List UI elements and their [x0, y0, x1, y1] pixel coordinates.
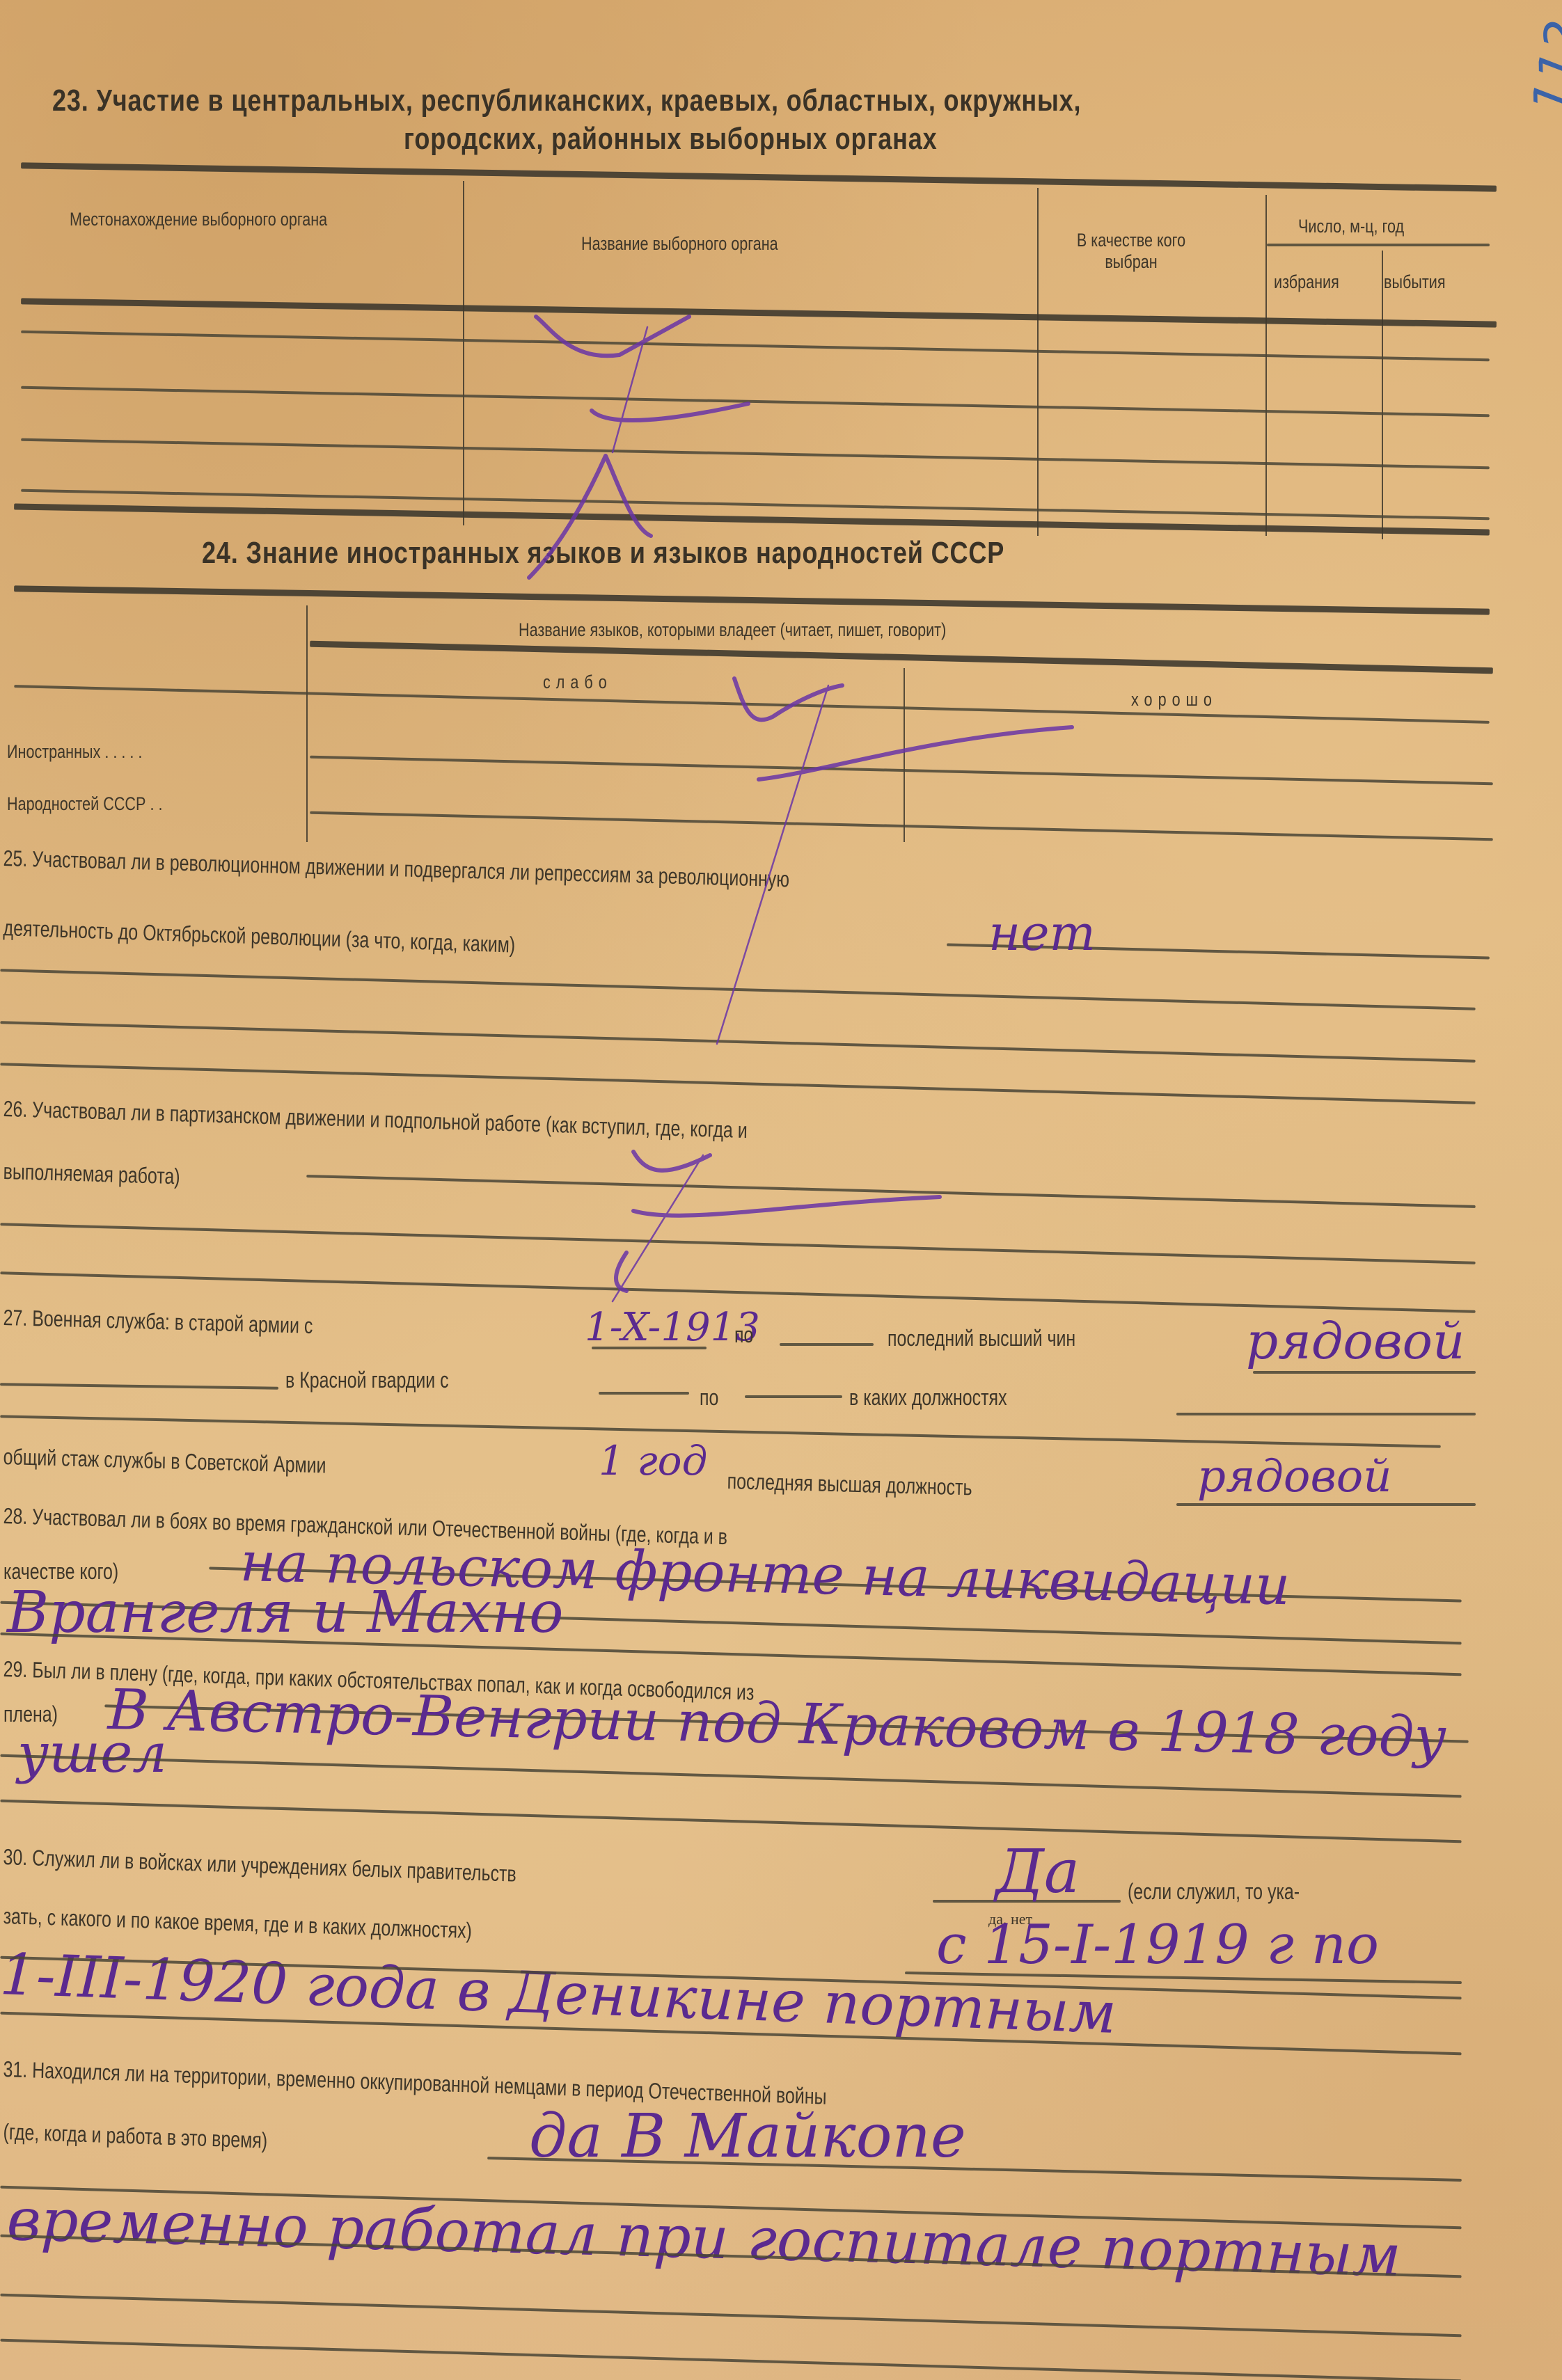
- last-position-label: последняя высшая должность: [727, 1468, 972, 1500]
- section-29-answer: В Австро-Венгрии под Краковом в 1918 год…: [107, 1677, 1447, 1770]
- section-30-label-end: (если служил, то ука-: [1128, 1879, 1300, 1905]
- column-header-elected: избрания: [1274, 271, 1339, 293]
- section-27-label: 27. Военная служба: в старой армии с: [3, 1305, 313, 1339]
- section-26-label-line2: выполняемая работа): [3, 1159, 180, 1189]
- section-23-title-line2: городских, районных выборных органах: [404, 122, 938, 157]
- section-25-label: 25. Участвовал ли в революционном движен…: [3, 846, 789, 892]
- last-position-value: рядовой: [1197, 1451, 1391, 1502]
- column-header-location: Местонахождение выборного органа: [70, 209, 327, 230]
- languages-header: Название языков, которыми владеет (читае…: [519, 619, 946, 641]
- column-header-name: Название выборного органа: [581, 233, 778, 255]
- positions-label: в каких должностях: [849, 1385, 1007, 1411]
- section-25-answer: нет: [988, 905, 1096, 962]
- soviet-service-value: 1 год: [599, 1437, 707, 1484]
- soviet-service-label: общий стаж службы в Советской Армии: [3, 1444, 326, 1478]
- red-guard-to-label: по: [700, 1385, 718, 1411]
- section-25-label-line2: деятельность до Октябрьской революции (з…: [3, 915, 515, 958]
- section-30-answer: с 15-I-1919 г по: [936, 1914, 1379, 1976]
- page-number-mark: 112: [1521, 16, 1562, 118]
- last-rank-value: рядовой: [1246, 1312, 1465, 1370]
- column-header-capacity: В качестве кого выбран: [1062, 230, 1201, 273]
- column-header-left: выбытия: [1384, 271, 1446, 293]
- section-26-label: 26. Участвовал ли в партизанском движени…: [3, 1096, 748, 1143]
- section-31-answer-line2: временно работал при госпитале портным: [6, 2185, 1402, 2290]
- level-weak: слабо: [543, 672, 613, 693]
- section-24-title: 24. Знание иностранных языков и языков н…: [202, 536, 1004, 571]
- level-good: хорошо: [1131, 689, 1217, 711]
- to-label: по: [734, 1322, 753, 1348]
- section-23-title: 23. Участие в центральных, республиканск…: [52, 84, 1081, 118]
- section-30-yes-no: Да: [995, 1837, 1080, 1907]
- row-foreign: Иностранных . . . . .: [7, 741, 142, 763]
- red-guard-label: в Красной гвардии с: [285, 1367, 449, 1393]
- column-header-date: Число, м-ц, год: [1298, 216, 1404, 237]
- section-30-label: 30. Служил ли в войсках или учреждениях …: [3, 1844, 516, 1887]
- section-31-answer: да В Майкопе: [529, 2102, 966, 2171]
- section-30-label-line2: зать, с какого и по какое время, где и в…: [3, 1903, 472, 1944]
- last-rank-label: последний высший чин: [887, 1326, 1075, 1351]
- row-ussr-peoples: Народностей СССР . .: [7, 793, 162, 815]
- section-31-label-line2: (где, когда и работа в это время): [3, 2119, 267, 2154]
- section-29-answer-line2: ушел: [17, 1722, 167, 1785]
